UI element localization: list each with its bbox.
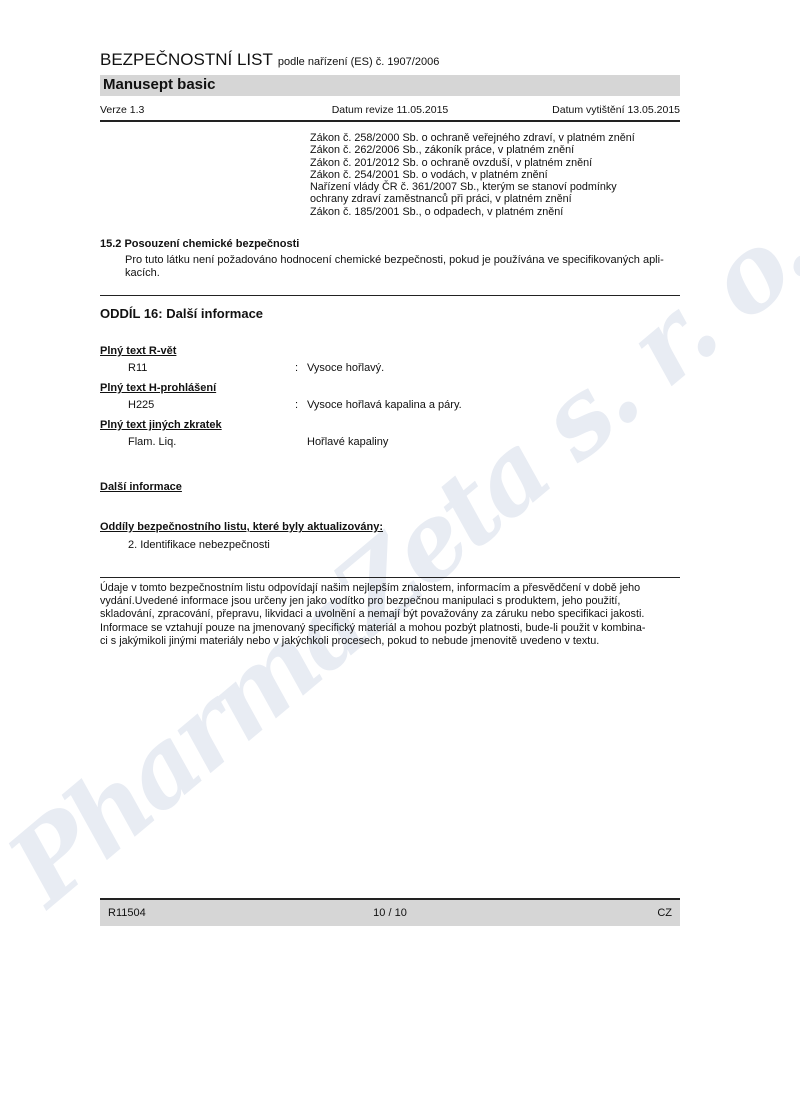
abbreviations-heading: Plný text jiných zkratek xyxy=(100,419,680,431)
regulation-line: Zákon č. 201/2012 Sb. o ochraně ovzduší,… xyxy=(310,157,680,169)
disclaimer-divider xyxy=(100,577,680,578)
regulation-line: Nařízení vlády ČR č. 361/2007 Sb., který… xyxy=(310,181,680,193)
more-info-heading: Další informace xyxy=(100,481,680,493)
abbreviation-row: Flam. Liq.Hořlavé kapaliny xyxy=(128,436,680,449)
updated-sections-heading: Oddíly bezpečnostního listu, které byly … xyxy=(100,521,680,533)
disclaimer-line: skladování, zpracování, přepravu, likvid… xyxy=(100,608,680,621)
h-statement-row: H225:Vysoce hořlavá kapalina a páry. xyxy=(128,399,680,412)
page-content: BEZPEČNOSTNÍ LISTpodle nařízení (ES) č. … xyxy=(100,0,680,648)
meta-row: Verze 1.3 Datum revize 11.05.2015 Datum … xyxy=(100,104,680,122)
separator: : xyxy=(295,362,307,375)
product-name-band: Manusept basic xyxy=(100,75,680,96)
body-line: Pro tuto látku není požadováno hodnocení… xyxy=(125,254,680,267)
regulation-line: Zákon č. 258/2000 Sb. o ochraně veřejnéh… xyxy=(310,132,680,144)
document-subtitle: podle nařízení (ES) č. 1907/2006 xyxy=(278,56,439,68)
disclaimer-line: vydání.Uvedené informace jsou určeny jen… xyxy=(100,595,680,608)
disclaimer-line: Údaje v tomto bezpečnostním listu odpoví… xyxy=(100,582,680,595)
r-phrase-code: R11 xyxy=(128,362,295,375)
regulation-line: Zákon č. 262/2006 Sb., zákoník práce, v … xyxy=(310,144,680,156)
version-label: Verze 1.3 xyxy=(100,104,270,116)
regulation-line: Zákon č. 254/2001 Sb. o vodách, v platné… xyxy=(310,169,680,181)
section-15-2-body: Pro tuto látku není požadováno hodnocení… xyxy=(125,254,680,280)
footer-doc-code: R11504 xyxy=(108,907,228,919)
regulation-line: Zákon č. 185/2001 Sb., o odpadech, v pla… xyxy=(310,206,680,218)
disclaimer-line: Informace se vztahují pouze na jmenovaný… xyxy=(100,622,680,635)
page-footer: R11504 10 / 10 CZ xyxy=(100,898,680,926)
r-phrase-text: Vysoce hořlavý. xyxy=(307,362,384,374)
regulation-list: Zákon č. 258/2000 Sb. o ochraně veřejnéh… xyxy=(310,132,680,218)
print-date: Datum vytištění 13.05.2015 xyxy=(510,104,680,116)
document-title: BEZPEČNOSTNÍ LIST xyxy=(100,50,273,69)
abbreviation-text: Hořlavé kapaliny xyxy=(307,436,388,448)
footer-page-number: 10 / 10 xyxy=(228,907,552,919)
h-statement-code: H225 xyxy=(128,399,295,412)
document-page: PharmaZeta s. r. o. BEZPEČNOSTNÍ LISTpod… xyxy=(0,0,800,1100)
section-15-2-heading: 15.2 Posouzení chemické bezpečnosti xyxy=(100,238,680,250)
section-16-heading: ODDÍL 16: Další informace xyxy=(100,306,680,321)
disclaimer-paragraph: Údaje v tomto bezpečnostním listu odpoví… xyxy=(100,582,680,648)
revision-date: Datum revize 11.05.2015 xyxy=(270,104,510,116)
abbreviation-code: Flam. Liq. xyxy=(128,436,295,449)
h-statements-heading: Plný text H-prohlášení xyxy=(100,382,680,394)
section-divider xyxy=(100,295,680,296)
document-header: BEZPEČNOSTNÍ LISTpodle nařízení (ES) č. … xyxy=(100,50,680,72)
body-line: kacích. xyxy=(125,267,680,280)
disclaimer-line: ci s jakýmikoli jinými materiály nebo v … xyxy=(100,635,680,648)
updated-section-item: 2. Identifikace nebezpečnosti xyxy=(128,539,680,551)
section-15-2: 15.2 Posouzení chemické bezpečnosti Pro … xyxy=(100,238,680,280)
regulation-line: ochrany zdraví zaměstnanců při práci, v … xyxy=(310,193,680,205)
footer-language-code: CZ xyxy=(552,907,672,919)
r-phrase-row: R11:Vysoce hořlavý. xyxy=(128,362,680,375)
r-phrases-heading: Plný text R-vět xyxy=(100,345,680,357)
h-statement-text: Vysoce hořlavá kapalina a páry. xyxy=(307,399,462,411)
separator: : xyxy=(295,399,307,412)
